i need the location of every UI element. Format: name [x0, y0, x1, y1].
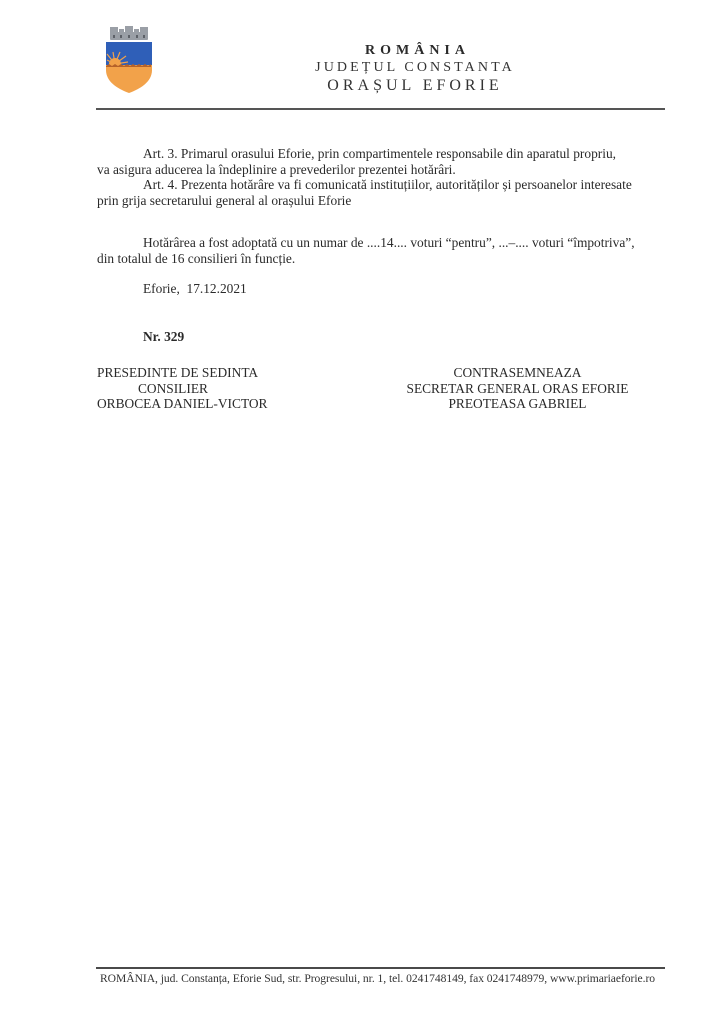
decision-number: Nr. 329 [143, 329, 184, 345]
document-page: ROMÂNIA JUDEȚUL CONSTANTA ORAȘUL EFORIE … [0, 0, 725, 1024]
header-county: JUDEȚUL CONSTANTA [290, 59, 540, 76]
signature-left-role: CONSILIER [97, 381, 283, 397]
signature-left-name: ORBOCEA DANIEL-VICTOR [97, 396, 283, 412]
article-4-line-2: prin grija secretarului general al orașu… [97, 193, 672, 209]
signature-block-president: PRESEDINTE DE SEDINTA CONSILIER ORBOCEA … [97, 365, 283, 412]
place-date: Eforie, 17.12.2021 [143, 281, 247, 297]
vote-line-2: din totalul de 16 consilieri în funcție. [97, 251, 672, 267]
signature-right-name: PREOTEASA GABRIEL [395, 396, 640, 412]
vote-line-1: Hotărârea a fost adoptată cu un numar de… [97, 235, 672, 251]
header-country: ROMÂNIA [295, 42, 540, 59]
footer-divider [96, 967, 665, 969]
signature-right-role: SECRETAR GENERAL ORAS EFORIE [395, 381, 640, 397]
article-3-line-1: Art. 3. Primarul orasului Eforie, prin c… [97, 146, 672, 162]
signature-block-secretary: CONTRASEMNEAZA SECRETAR GENERAL ORAS EFO… [395, 365, 640, 412]
header-divider [96, 108, 665, 110]
header-town: ORAȘUL EFORIE [290, 76, 540, 95]
signature-right-title: CONTRASEMNEAZA [395, 365, 640, 381]
eforie-coat-of-arms-icon [104, 26, 154, 94]
footer-contact: ROMÂNIA, jud. Constanța, Eforie Sud, str… [100, 972, 670, 985]
signature-left-title: PRESEDINTE DE SEDINTA [97, 365, 283, 381]
header-titles: ROMÂNIA JUDEȚUL CONSTANTA ORAȘUL EFORIE [290, 42, 540, 95]
vote-statement: Hotărârea a fost adoptată cu un numar de… [97, 235, 672, 266]
articles-section: Art. 3. Primarul orasului Eforie, prin c… [97, 146, 672, 208]
article-3-line-2: va asigura aducerea la îndeplinire a pre… [97, 162, 672, 178]
article-4-line-1: Art. 4. Prezenta hotărâre va fi comunica… [97, 177, 672, 193]
